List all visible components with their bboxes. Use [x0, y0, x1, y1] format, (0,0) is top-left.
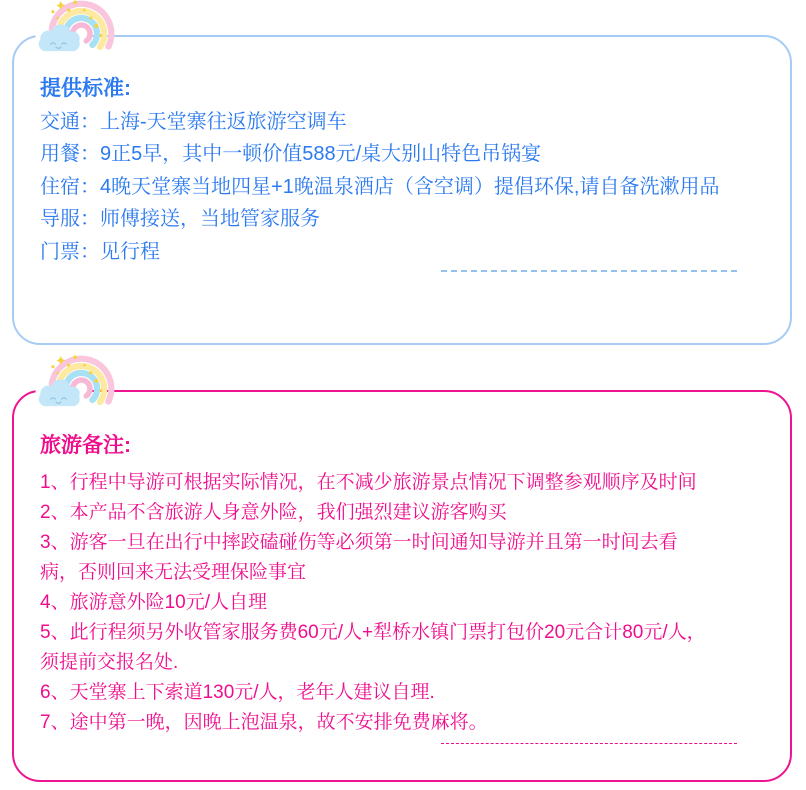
standards-line-tickets: 门票：见行程: [40, 236, 764, 269]
notes-item-5: 5、此行程须另外收管家服务费60元/人+犁桥水镇门票打包价20元合计80元/人，…: [40, 618, 708, 678]
notes-item-4: 4、旅游意外险10元/人自理: [40, 588, 708, 618]
dashed-divider: [441, 743, 737, 744]
standards-card: 提供标准: 交通：上海-天堂寨往返旅游空调车 用餐：9正5早，其中一顿价值588…: [12, 35, 792, 345]
standards-line-transport: 交通：上海-天堂寨往返旅游空调车: [40, 106, 764, 139]
notes-item-6: 6、天堂寨上下索道130元/人，老年人建议自理.: [40, 678, 708, 708]
dashed-divider: [441, 270, 737, 272]
rainbow-cloud-icon: [34, 354, 116, 411]
notes-item-2: 2、本产品不含旅游人身意外险，我们强烈建议游客购买: [40, 498, 708, 528]
notes-item-1: 1、行程中导游可根据实际情况，在不减少旅游景点情况下调整参观顺序及时间: [40, 468, 708, 498]
notes-item-7: 7、途中第一晚，因晚上泡温泉，故不安排免费麻将。: [40, 708, 708, 738]
standards-line-guide: 导服：师傅接送，当地管家服务: [40, 203, 764, 236]
rainbow-cloud-icon: [34, 0, 116, 56]
standards-line-lodging: 住宿：4晚天堂寨当地四星+1晚温泉酒店（含空调）提倡环保,请自备洗漱用品: [40, 171, 764, 204]
notes-item-3: 3、游客一旦在出行中摔跤磕碰伤等必须第一时间通知导游并且第一时间去看病，否则回来…: [40, 528, 708, 588]
notes-card: 旅游备注: 1、行程中导游可根据实际情况，在不减少旅游景点情况下调整参观顺序及时…: [12, 390, 792, 782]
notes-lines: 1、行程中导游可根据实际情况，在不减少旅游景点情况下调整参观顺序及时间 2、本产…: [40, 468, 708, 738]
notes-title: 旅游备注:: [40, 430, 764, 463]
standards-title: 提供标准:: [40, 73, 764, 106]
standards-lines: 交通：上海-天堂寨往返旅游空调车 用餐：9正5早，其中一顿价值588元/桌大别山…: [40, 106, 764, 269]
standards-line-meals: 用餐：9正5早，其中一顿价值588元/桌大别山特色吊锅宴: [40, 138, 764, 171]
